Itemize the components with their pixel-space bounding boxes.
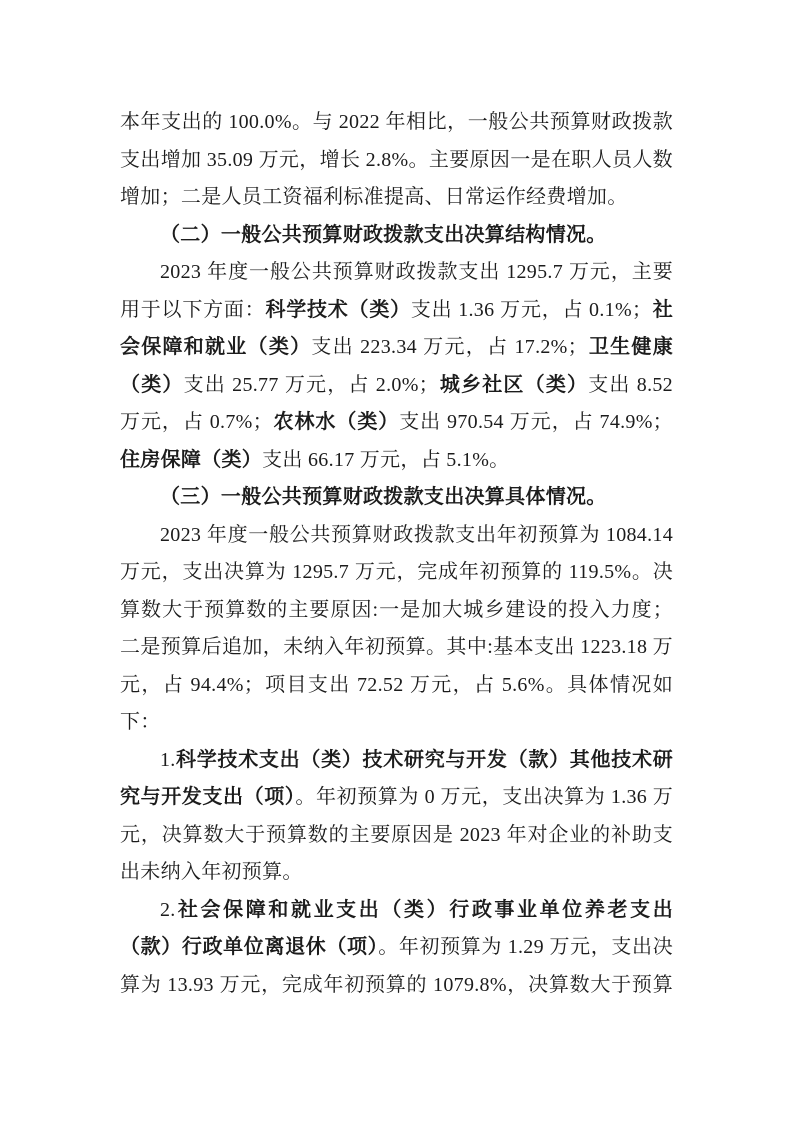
- text-run: 支出 970.54 万元，占 74.9%；: [399, 411, 673, 433]
- category-urban-rural: 城乡社区（类）: [439, 374, 588, 396]
- section-heading-2: （二）一般公共预算财政拨款支出决算结构情况。: [120, 217, 673, 255]
- document-page: 本年支出的 100.0%。与 2022 年相比，一般公共预算财政拨款支出增加 3…: [0, 0, 793, 1122]
- document-body: 本年支出的 100.0%。与 2022 年相比，一般公共预算财政拨款支出增加 3…: [120, 104, 673, 1004]
- item-number: 2.: [160, 899, 176, 921]
- section-heading-3: （三）一般公共预算财政拨款支出决算具体情况。: [120, 479, 673, 517]
- category-housing: 住房保障（类）: [120, 449, 262, 471]
- category-agriculture-water: 农林水（类）: [273, 411, 399, 433]
- text-run: 支出 223.34 万元，占 17.2%；: [311, 336, 588, 358]
- paragraph-item-1: 1.科学技术支出（类）技术研究与开发（款）其他技术研究与开发支出（项）。年初预算…: [120, 742, 673, 892]
- paragraph-budget-vs-final: 2023 年度一般公共预算财政拨款支出年初预算为 1084.14 万元，支出决算…: [120, 517, 673, 742]
- paragraph-expenditure-structure: 2023 年度一般公共预算财政拨款支出 1295.7 万元，主要用于以下方面：科…: [120, 254, 673, 479]
- category-science-tech: 科学技术（类）: [265, 299, 410, 321]
- paragraph-carryover: 本年支出的 100.0%。与 2022 年相比，一般公共预算财政拨款支出增加 3…: [120, 104, 673, 217]
- text-run: 支出 66.17 万元，占 5.1%。: [262, 449, 509, 471]
- text-run: 支出 25.77 万元，占 2.0%；: [184, 374, 439, 396]
- item-number: 1.: [160, 749, 176, 771]
- paragraph-item-2: 2.社会保障和就业支出（类）行政事业单位养老支出（款）行政单位离退休（项）。年初…: [120, 892, 673, 1005]
- text-run: 支出 1.36 万元，占 0.1%；: [411, 299, 652, 321]
